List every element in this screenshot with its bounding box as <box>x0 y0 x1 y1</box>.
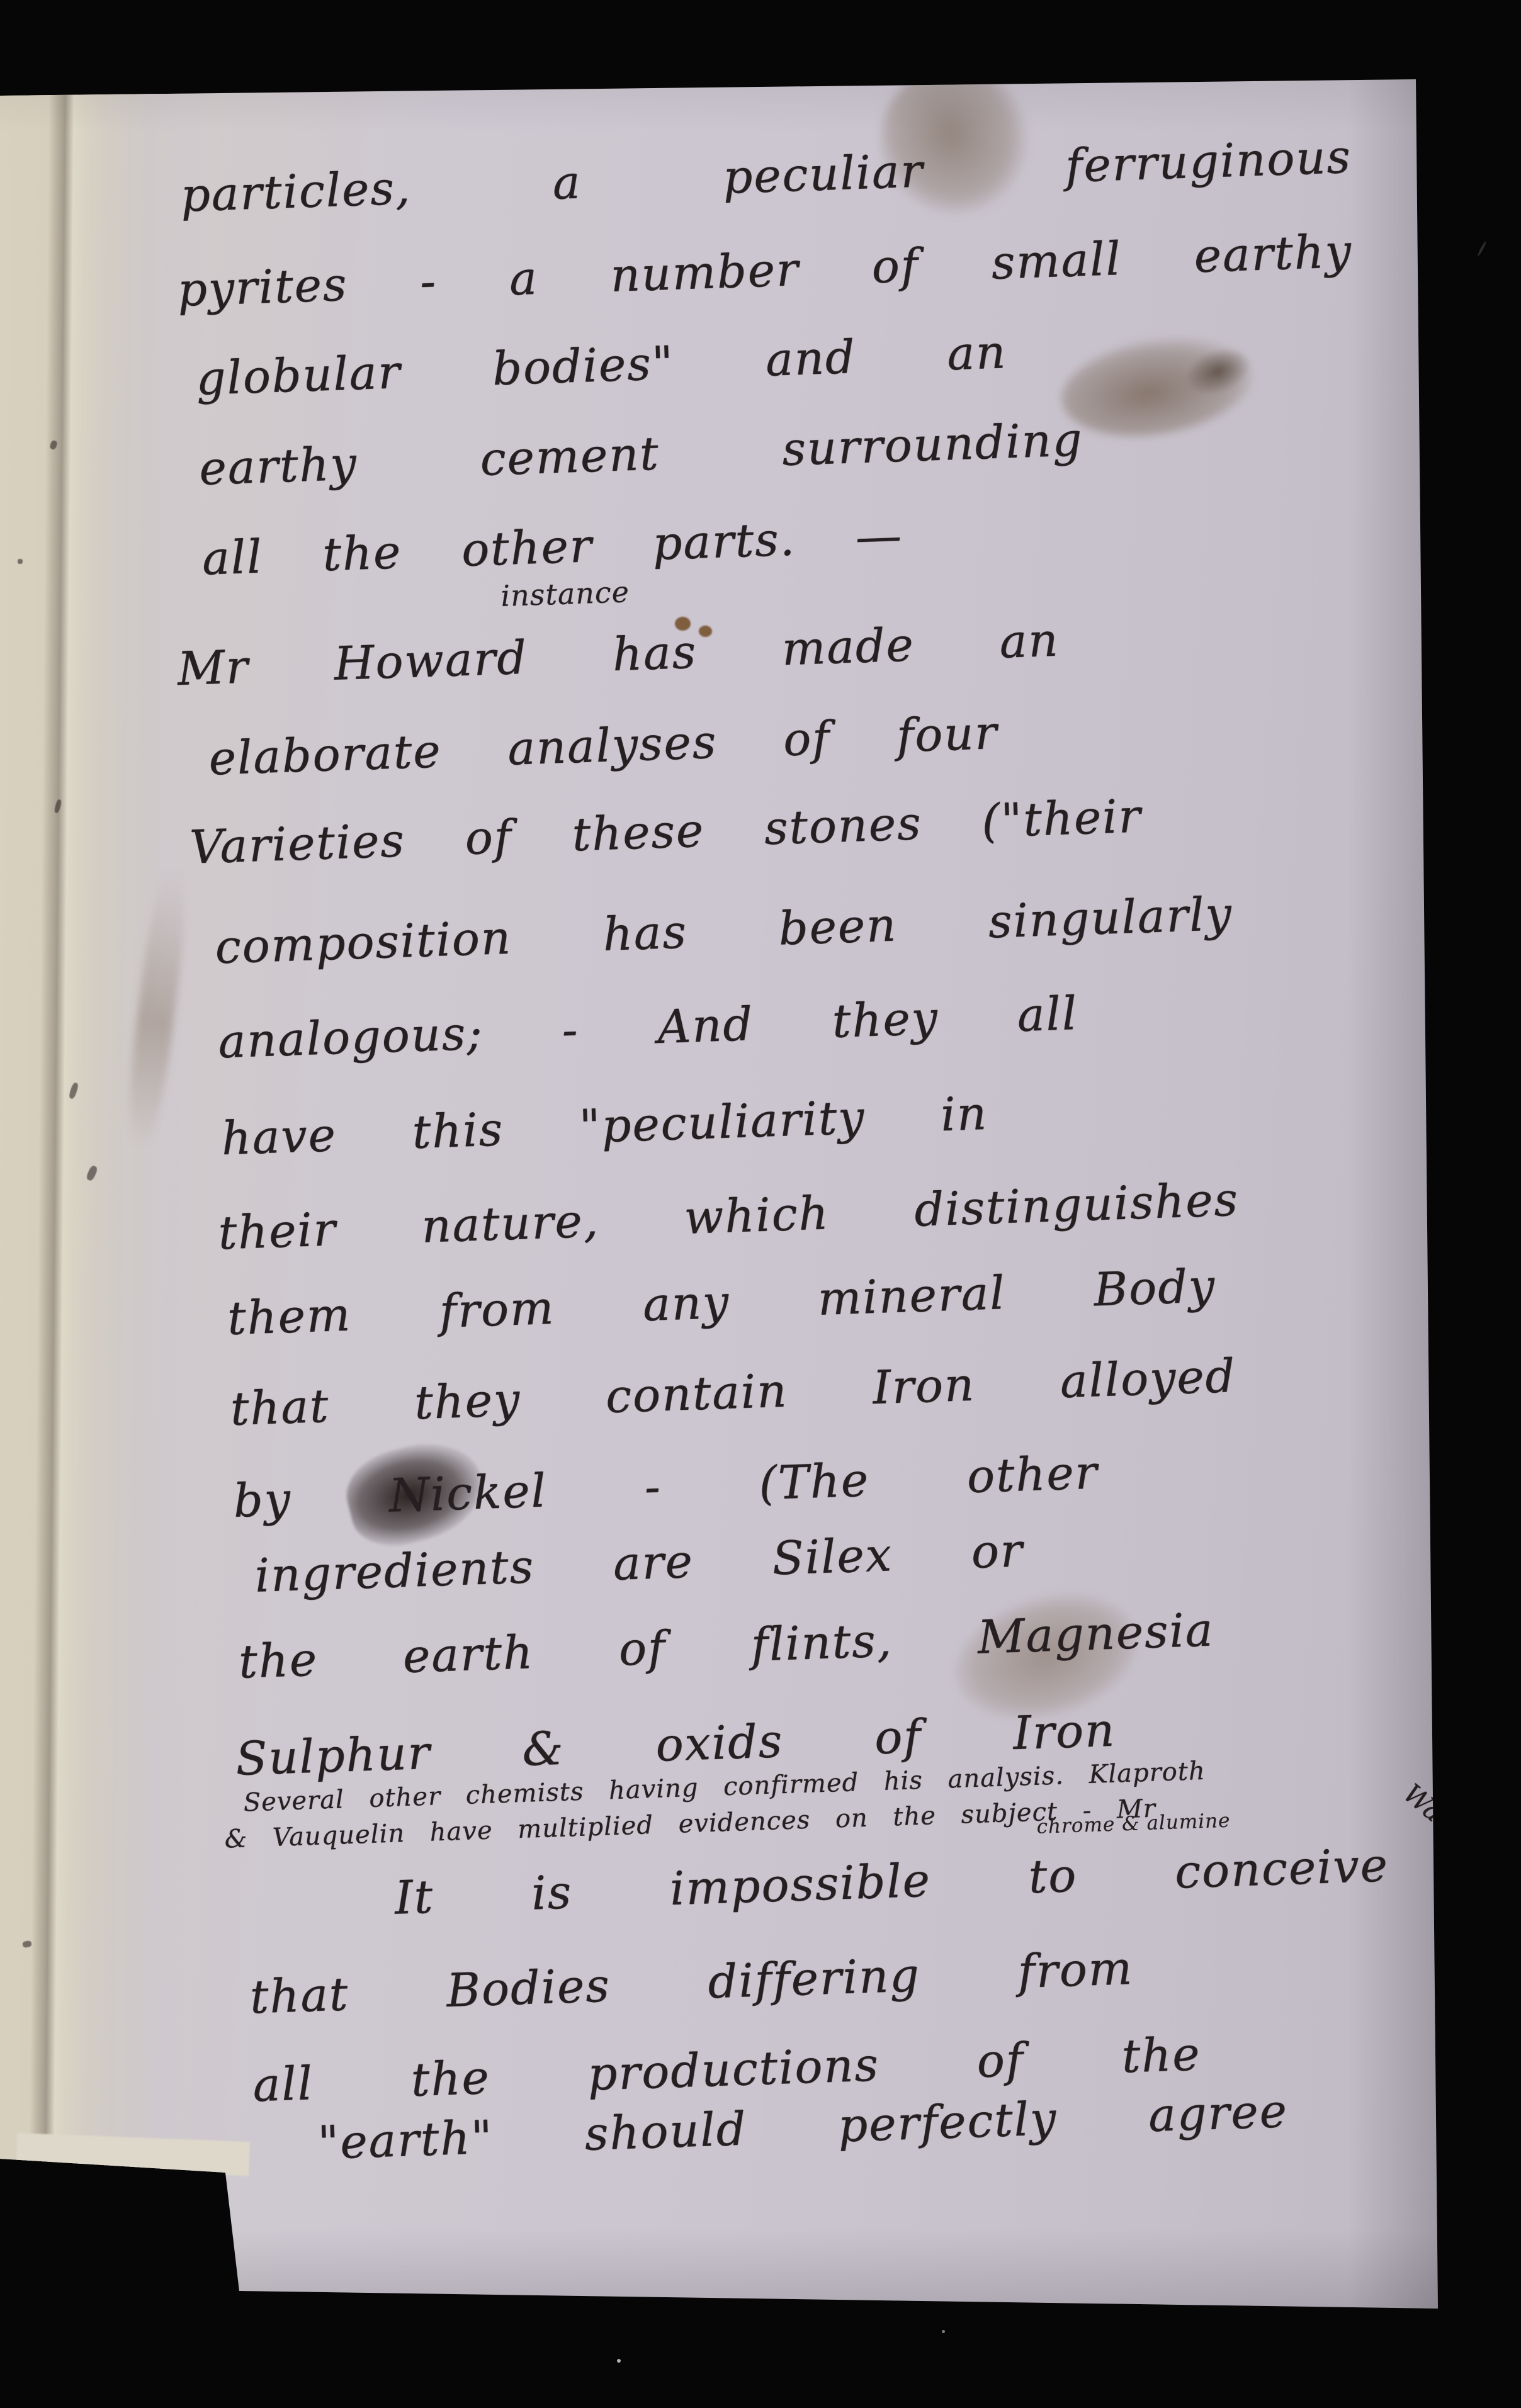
dust-speck <box>617 2359 621 2363</box>
scratch-mark <box>1477 241 1487 257</box>
dust-speck <box>942 2330 945 2333</box>
photograph-background: particles, a peculiar ferruginous pyrite… <box>0 0 1521 2408</box>
paper-shading <box>0 76 1442 2316</box>
manuscript-page: particles, a peculiar ferruginous pyrite… <box>0 0 1521 2408</box>
